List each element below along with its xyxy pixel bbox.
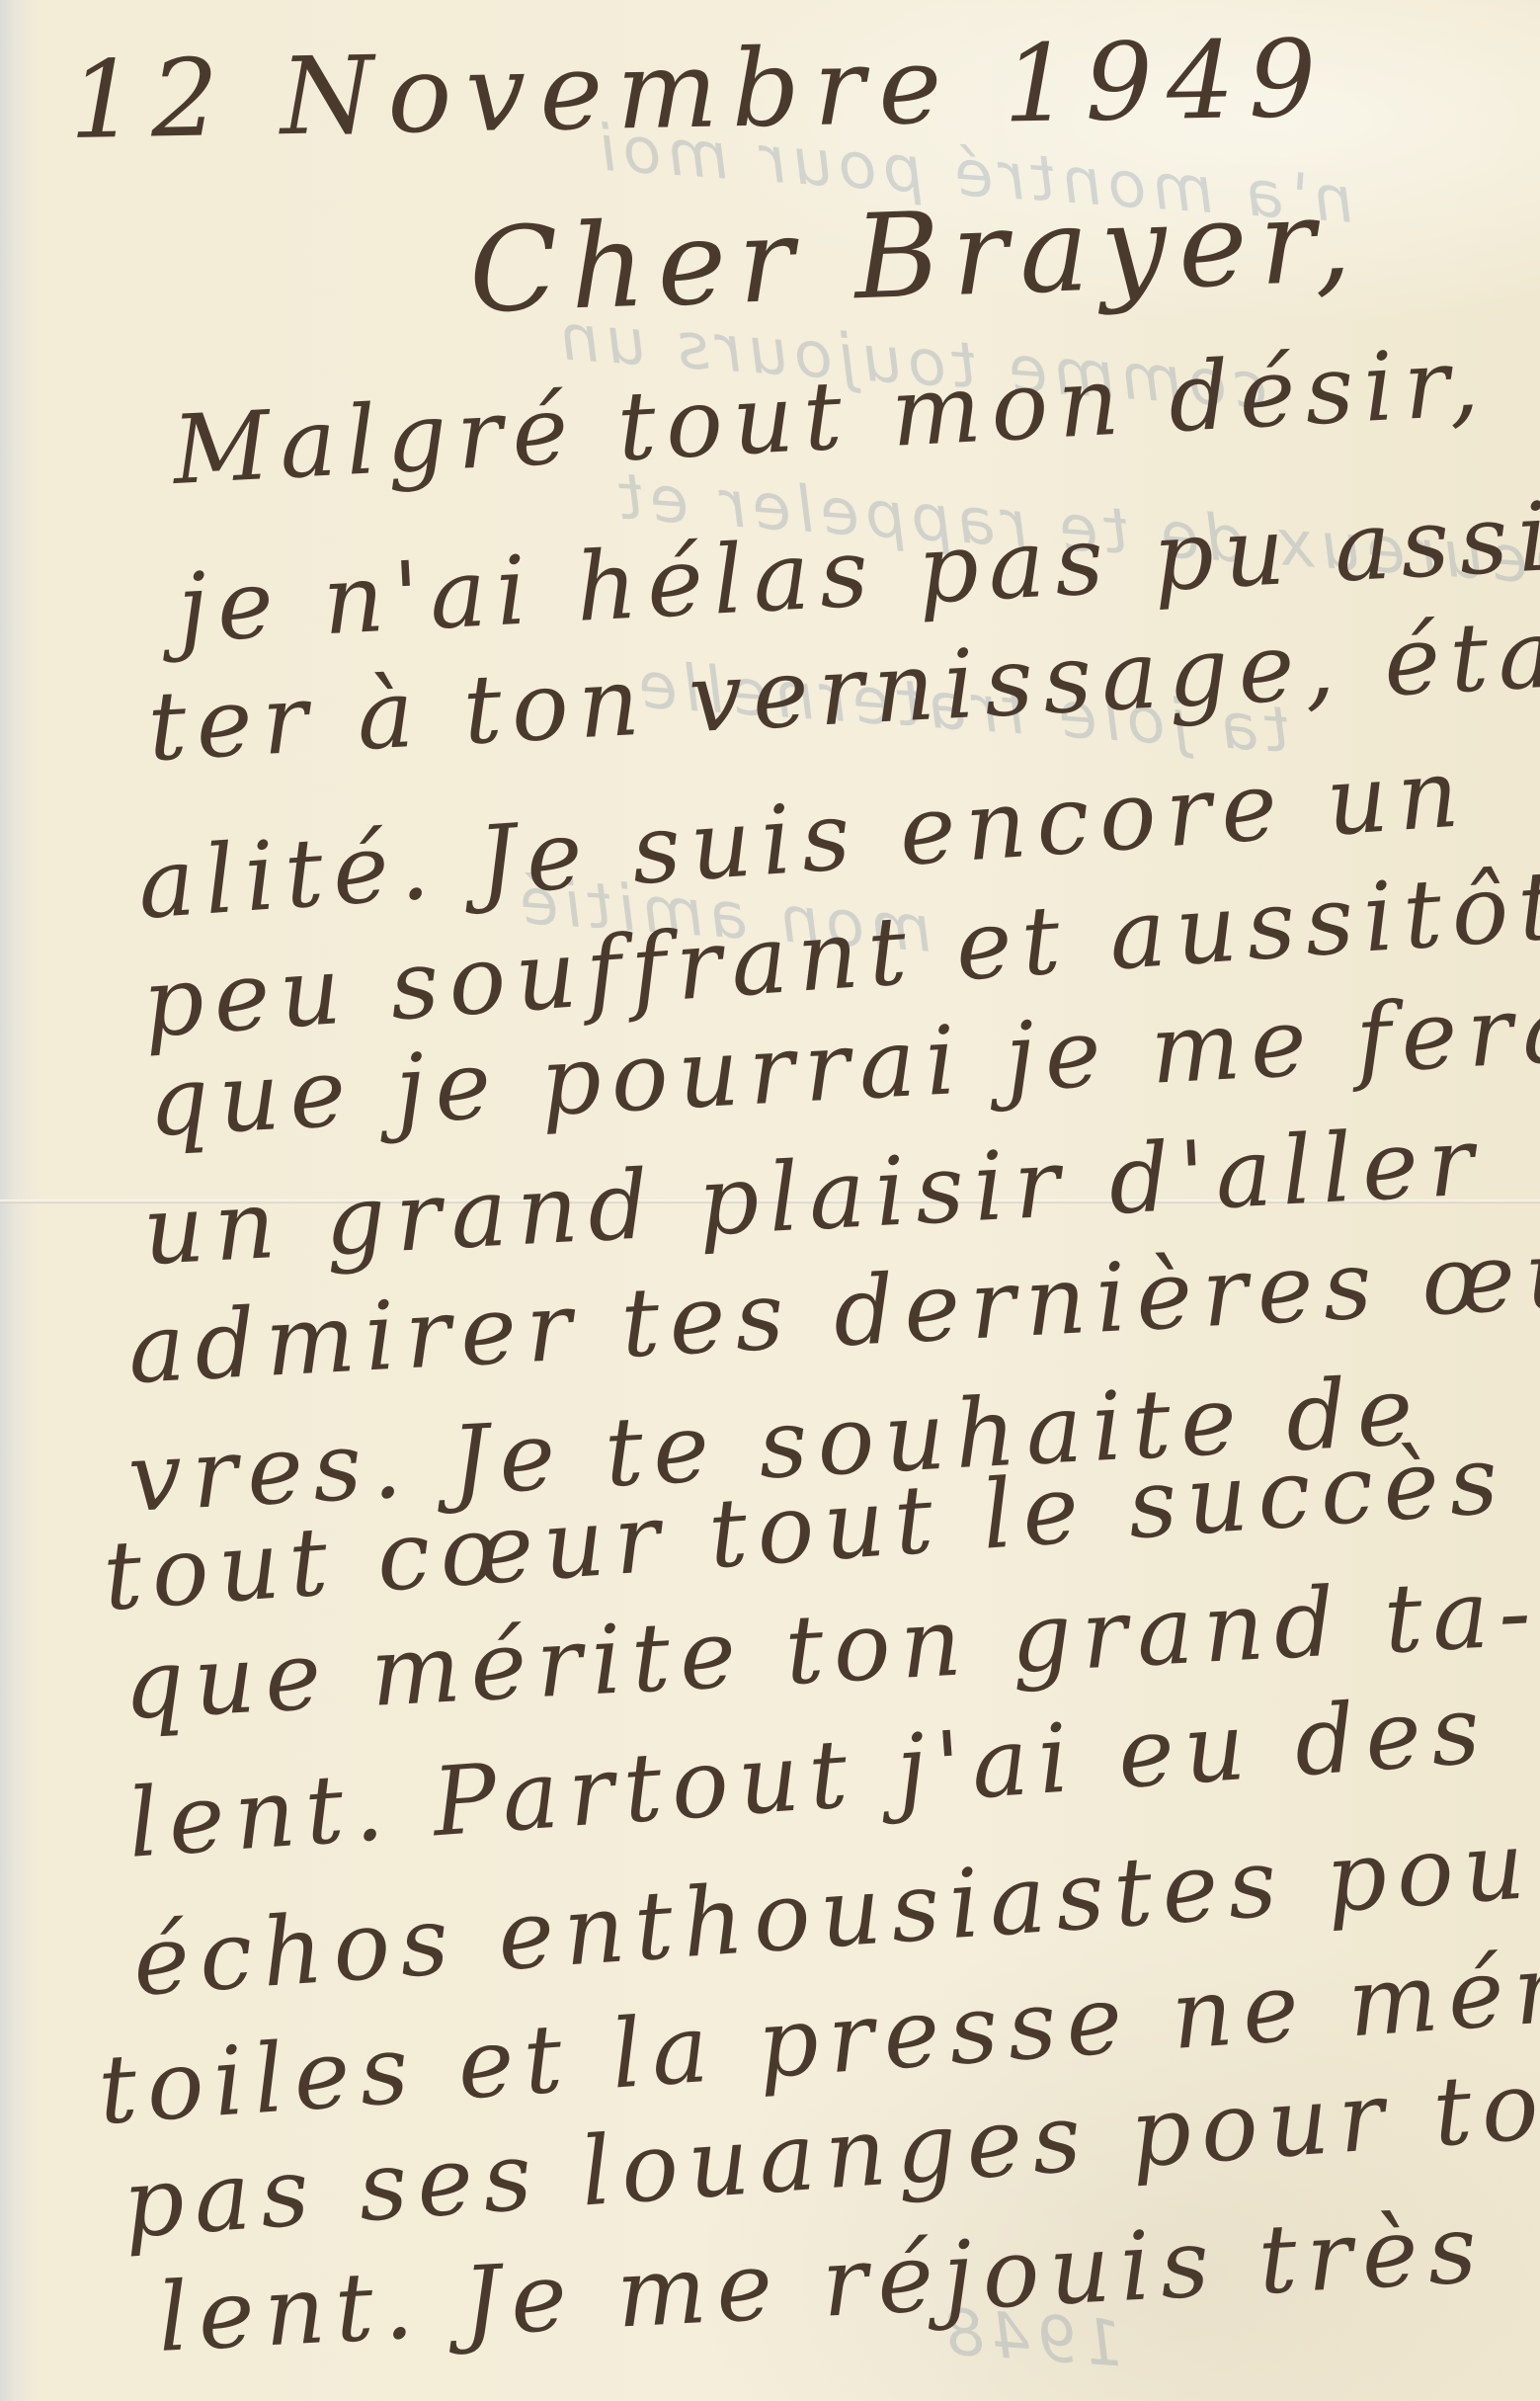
letter-date: 12 Novembre 1949 [68, 18, 1331, 163]
letter-page: n'a montré pour moi comme toujours un he… [0, 0, 1540, 2401]
letter-greeting: Cher Brayer, [467, 171, 1365, 338]
